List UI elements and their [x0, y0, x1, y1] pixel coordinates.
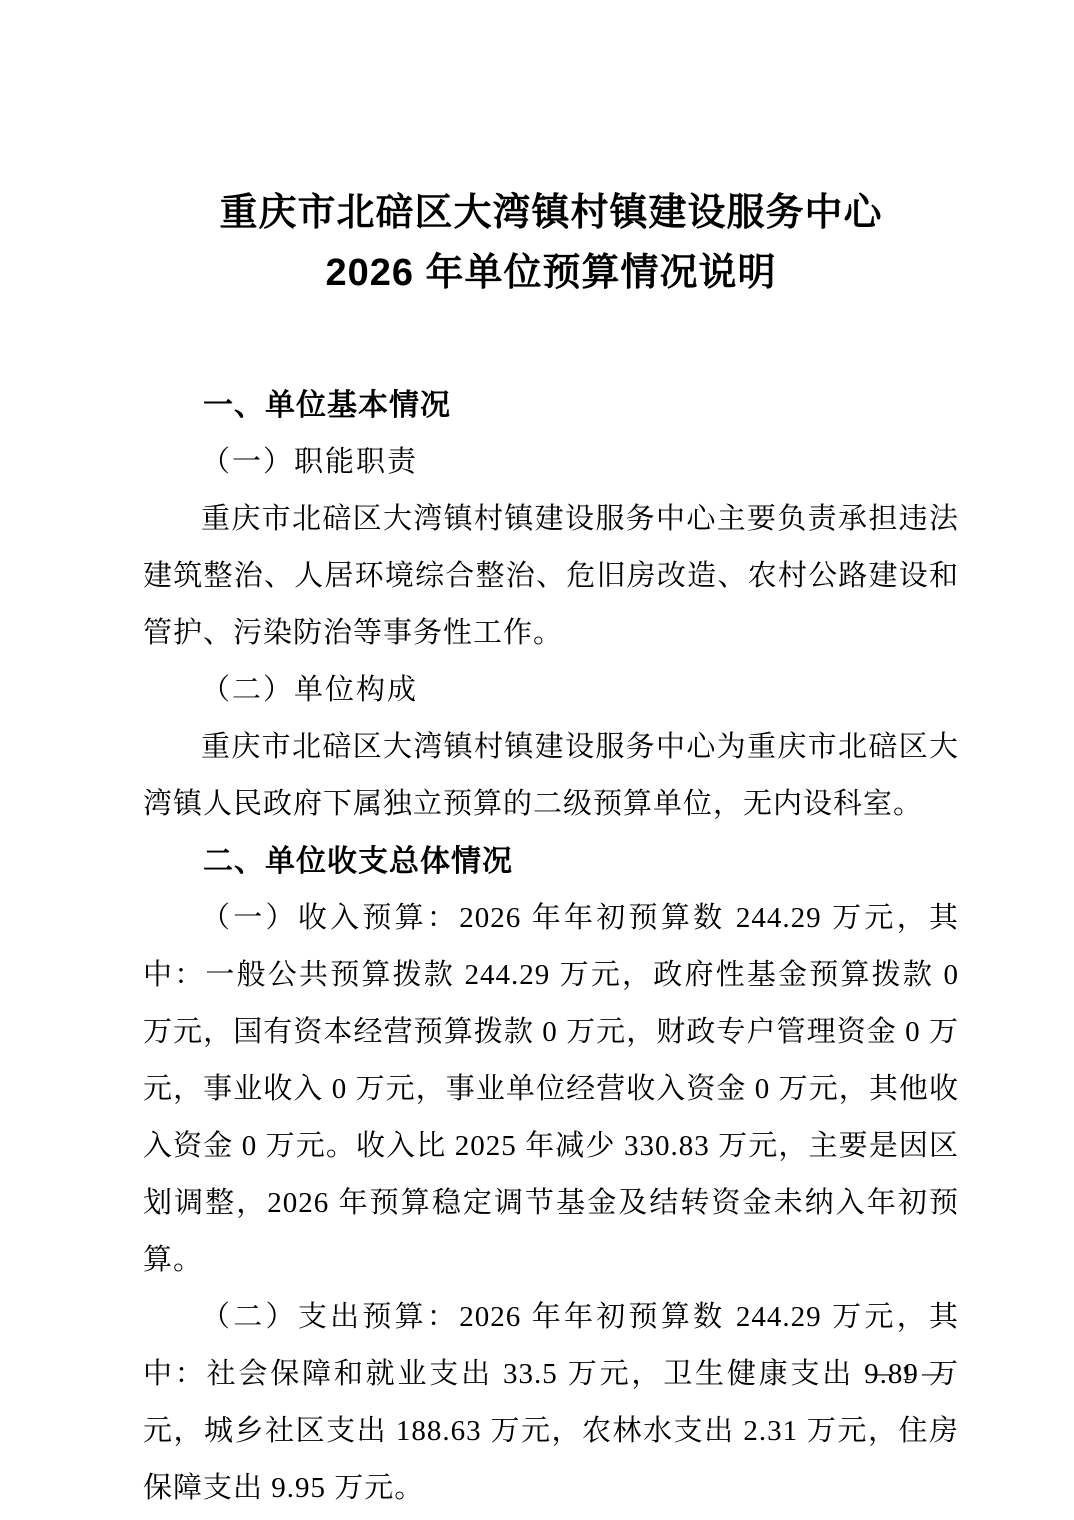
document-content: 重庆市北碚区大湾镇村镇建设服务中心 2026 年单位预算情况说明 一、单位基本情… — [143, 183, 959, 1517]
paragraph-functions: 重庆市北碚区大湾镇村镇建设服务中心主要负责承担违法建筑整治、人居环境综合整治、危… — [143, 491, 959, 662]
section-heading-basic-info: 一、单位基本情况 — [143, 377, 959, 434]
page-number: — 1 — — [870, 1360, 946, 1385]
page-footer: — 1 — — [870, 1360, 946, 1386]
subsection-heading-composition: （二）单位构成 — [143, 662, 959, 719]
document-page: 重庆市北碚区大湾镇村镇建设服务中心 2026 年单位预算情况说明 一、单位基本情… — [0, 0, 1074, 1520]
title-line-1: 重庆市北碚区大湾镇村镇建设服务中心 — [143, 183, 959, 243]
title-line-2: 2026 年单位预算情况说明 — [143, 243, 959, 303]
document-title: 重庆市北碚区大湾镇村镇建设服务中心 2026 年单位预算情况说明 — [143, 183, 959, 303]
paragraph-composition: 重庆市北碚区大湾镇村镇建设服务中心为重庆市北碚区大湾镇人民政府下属独立预算的二级… — [143, 719, 959, 833]
subsection-heading-functions: （一）职能职责 — [143, 434, 959, 491]
section-heading-budget-overview: 二、单位收支总体情况 — [143, 833, 959, 890]
paragraph-expenditure-budget: （二）支出预算：2026 年年初预算数 244.29 万元，其中：社会保障和就业… — [143, 1289, 959, 1517]
paragraph-income-budget: （一）收入预算：2026 年年初预算数 244.29 万元，其中：一般公共预算拨… — [143, 890, 959, 1289]
